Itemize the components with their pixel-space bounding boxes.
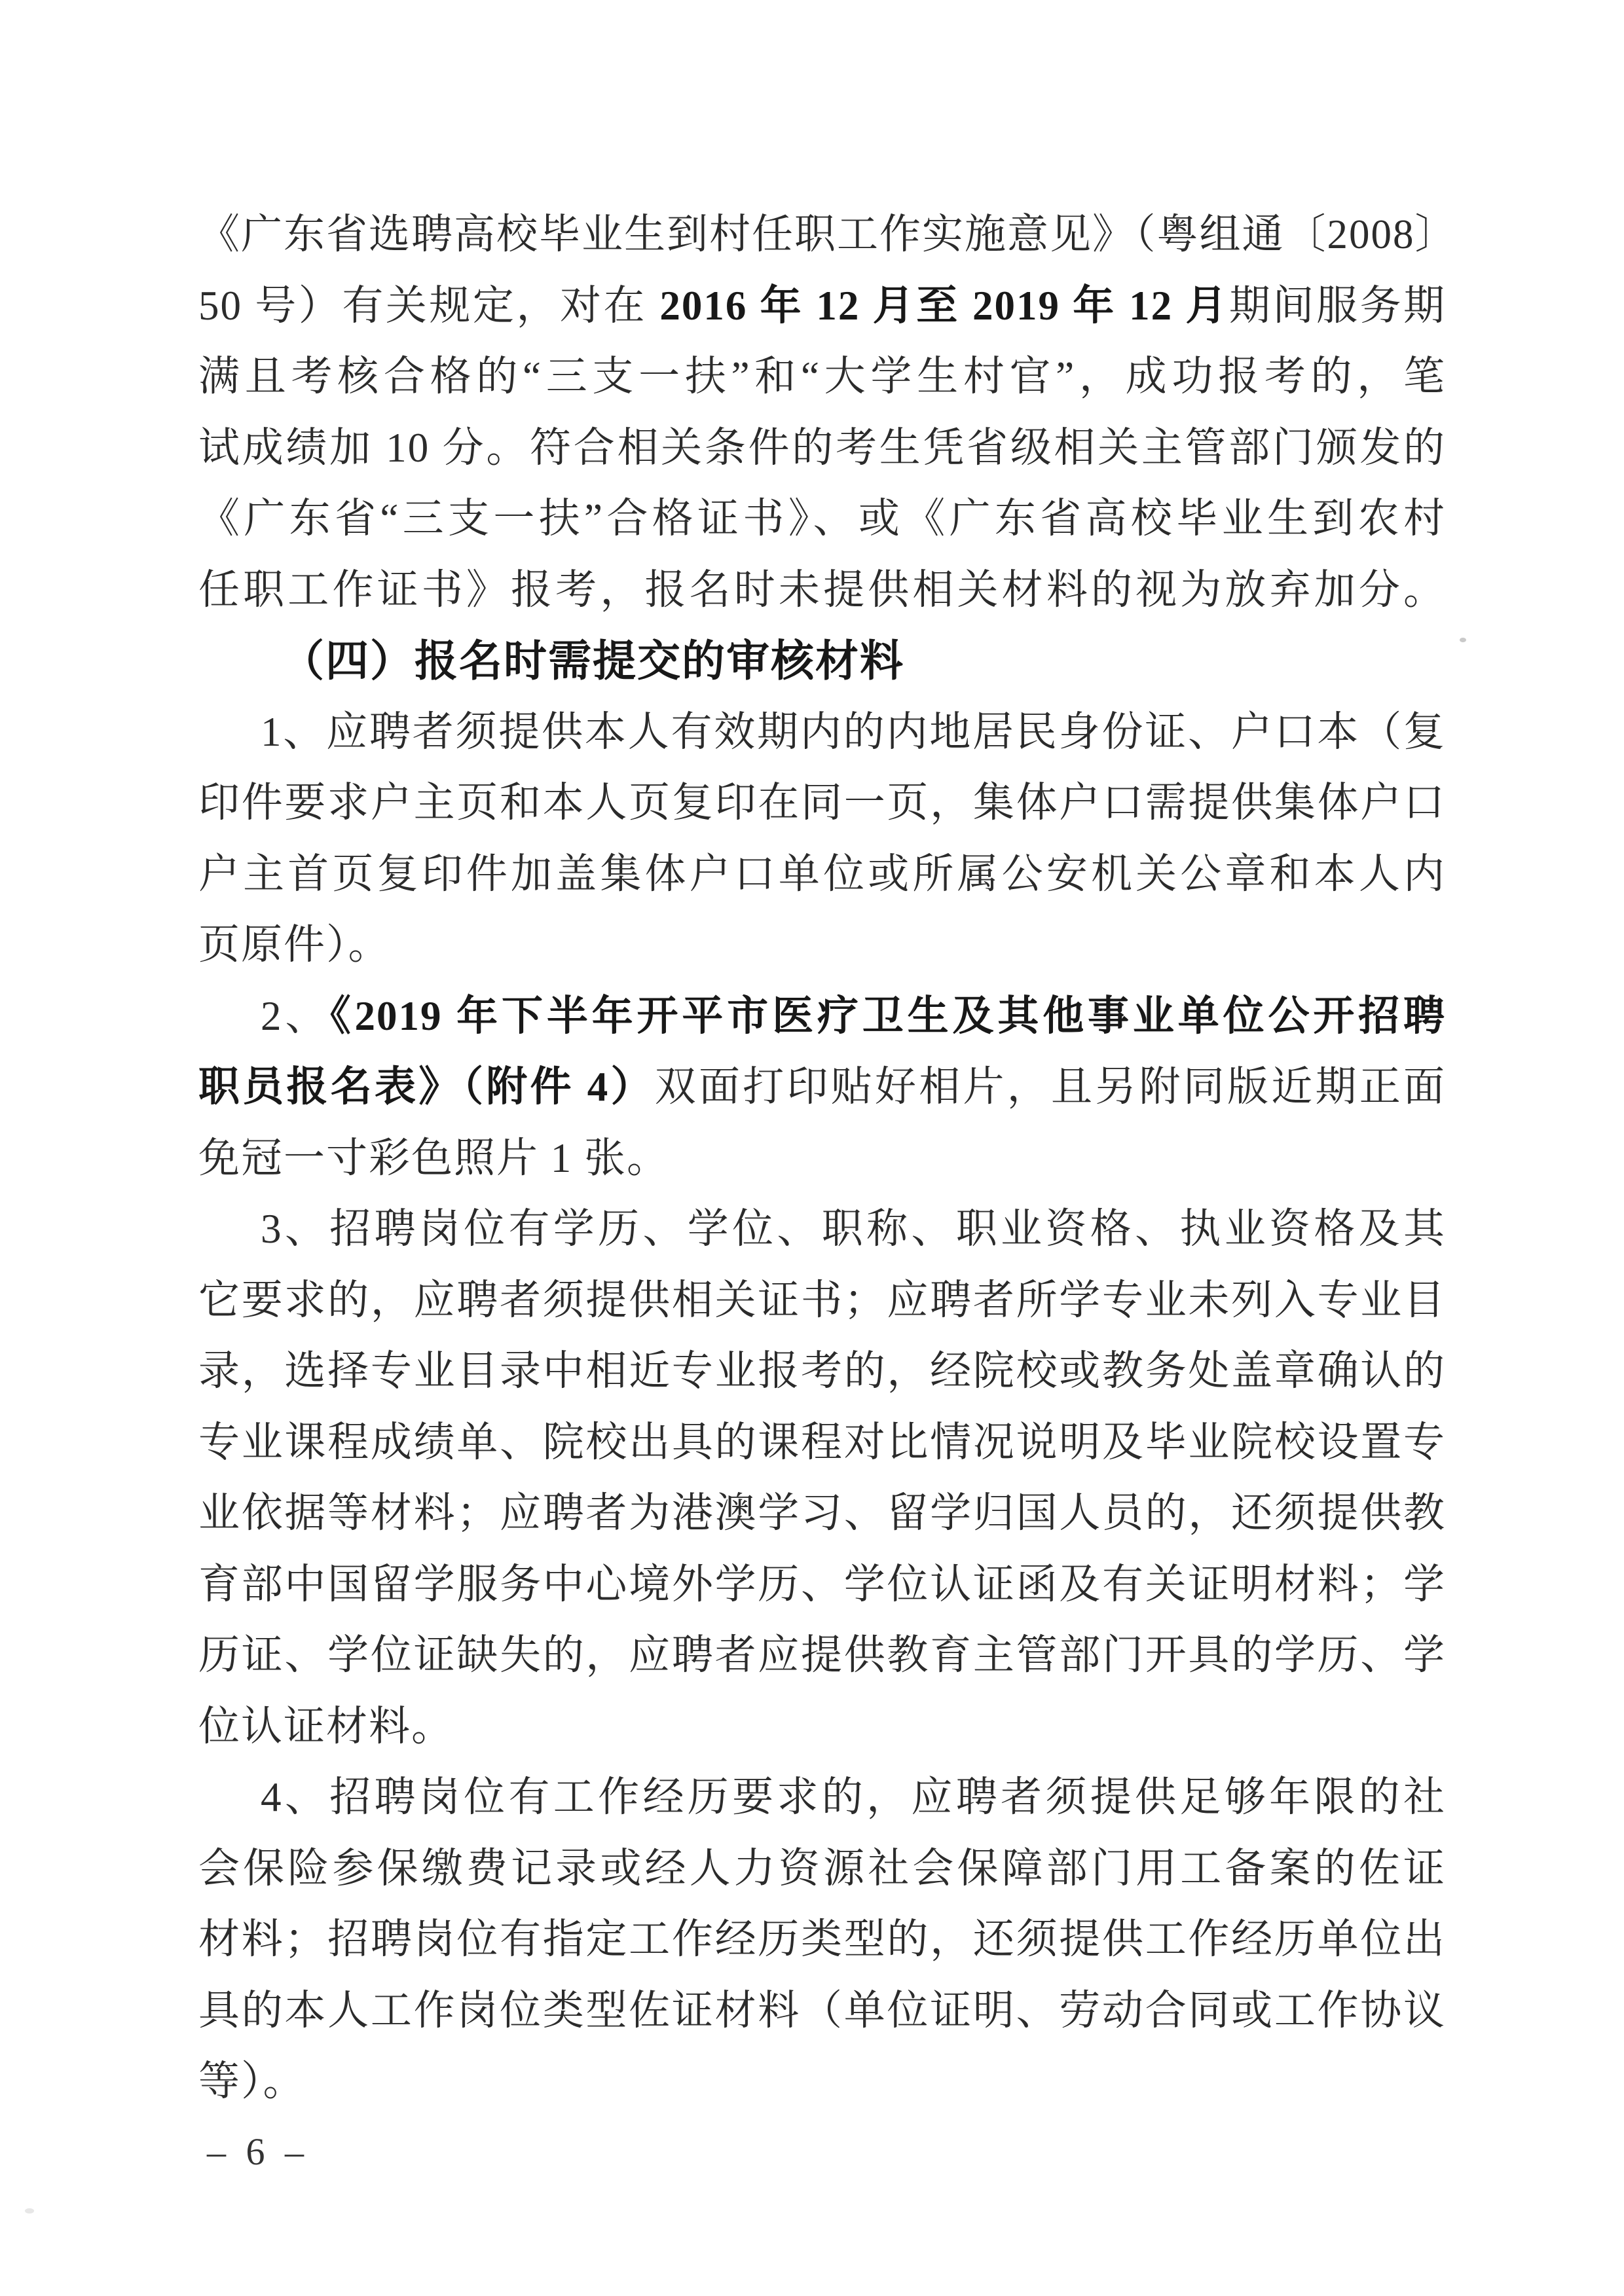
text-line: 任职工作证书》报考，报名时未提供相关材料的视为放弃加分。	[198, 555, 1446, 626]
body-text: 试成绩加 10 分。符合相关条件的考生凭省级相关主管部门颁发的	[198, 425, 1446, 471]
scan-speck	[25, 2208, 34, 2214]
text-line: 录，选择专业目录中相近专业报考的，经院校或教务处盖章确认的	[198, 1336, 1446, 1407]
emphasized-text: 职员报名表》（附件 4）	[198, 1064, 655, 1110]
text-line: 《广东省选聘高校毕业生到村任职工作实施意见》（粤组通〔2008〕	[198, 199, 1446, 270]
body-text: 专业课程成绩单、院校出具的课程对比情况说明及毕业院校设置专	[198, 1419, 1446, 1465]
body-text: 任职工作证书》报考，报名时未提供相关材料的视为放弃加分。	[198, 567, 1446, 613]
text-line: 位认证材料。	[198, 1691, 1446, 1762]
body-text: 历证、学位证缺失的，应聘者应提供教育主管部门开具的学历、学	[198, 1632, 1446, 1678]
text-line: 3、招聘岗位有学历、学位、职称、职业资格、执业资格及其	[198, 1194, 1446, 1265]
emphasized-text: 2016 年 12 月至 2019 年 12 月	[659, 283, 1229, 329]
emphasized-text: （四）报名时需提交的审核材料	[281, 636, 904, 685]
body-text: 材料；招聘岗位有指定工作经历类型的，还须提供工作经历单位出	[198, 1916, 1446, 1962]
text-line: 印件要求户主页和本人页复印在同一页，集体户口需提供集体户口	[198, 767, 1446, 839]
text-line: 材料；招聘岗位有指定工作经历类型的，还须提供工作经历单位出	[198, 1904, 1446, 1975]
body-text: 《广东省“三支一扶”合格证书》、或《广东省高校毕业生到农村	[198, 496, 1446, 541]
body-text: 1、应聘者须提供本人有效期内的内地居民身份证、户口本（复	[261, 709, 1446, 755]
section-heading: （四）报名时需提交的审核材料	[198, 625, 1446, 697]
body-text: 具的本人工作岗位类型佐证材料（单位证明、劳动合同或工作协议	[198, 1988, 1446, 2033]
text-line: 《广东省“三支一扶”合格证书》、或《广东省高校毕业生到农村	[198, 483, 1446, 555]
body-text: 3、招聘岗位有学历、学位、职称、职业资格、执业资格及其	[261, 1206, 1446, 1252]
text-line: 历证、学位证缺失的，应聘者应提供教育主管部门开具的学历、学	[198, 1620, 1446, 1691]
body-text: 满且考核合格的“三支一扶”和“大学生村官”，成功报考的，笔	[198, 354, 1446, 399]
text-line: 会保险参保缴费记录或经人力资源社会保障部门用工备案的佐证	[198, 1833, 1446, 1904]
text-line: 免冠一寸彩色照片 1 张。	[198, 1123, 1446, 1194]
body-text: 4、招聘岗位有工作经历要求的，应聘者须提供足够年限的社	[261, 1774, 1446, 1820]
text-line: 满且考核合格的“三支一扶”和“大学生村官”，成功报考的，笔	[198, 341, 1446, 412]
text-line: 50 号）有关规定，对在 2016 年 12 月至 2019 年 12 月期间服…	[198, 270, 1446, 342]
emphasized-text: 《2019 年下半年开平市医疗卫生及其他事业单位公开招聘	[330, 993, 1446, 1039]
body-text: 等）。	[198, 2058, 306, 2104]
text-line: 户主首页复印件加盖集体户口单位或所属公安机关公章和本人内	[198, 839, 1446, 910]
body-text: 印件要求户主页和本人页复印在同一页，集体户口需提供集体户口	[198, 780, 1446, 826]
page-number: – 6 –	[207, 2129, 309, 2175]
text-line: 具的本人工作岗位类型佐证材料（单位证明、劳动合同或工作协议	[198, 1975, 1446, 2047]
text-line: 页原件）。	[198, 909, 1446, 981]
body-text: 它要求的，应聘者须提供相关证书；应聘者所学专业未列入专业目	[198, 1277, 1446, 1323]
body-text: 位认证材料。	[198, 1704, 454, 1749]
body-text: 期间服务期	[1229, 283, 1446, 329]
text-line: 1、应聘者须提供本人有效期内的内地居民身份证、户口本（复	[198, 697, 1446, 768]
body-text: 户主首页复印件加盖集体户口单位或所属公安机关公章和本人内	[198, 851, 1446, 897]
body-text: 2、	[261, 993, 330, 1039]
body-text: 育部中国留学服务中心境外学历、学位认证函及有关证明材料；学	[198, 1561, 1446, 1607]
text-line: 2、《2019 年下半年开平市医疗卫生及其他事业单位公开招聘	[198, 981, 1446, 1052]
document-body: 《广东省选聘高校毕业生到村任职工作实施意见》（粤组通〔2008〕50 号）有关规…	[198, 199, 1446, 2117]
document-page: 《广东省选聘高校毕业生到村任职工作实施意见》（粤组通〔2008〕50 号）有关规…	[0, 0, 1624, 2296]
body-text: 《广东省选聘高校毕业生到村任职工作实施意见》（粤组通〔2008〕	[198, 211, 1458, 257]
body-text: 双面打印贴好相片，且另附同版近期正面	[655, 1064, 1446, 1110]
body-text: 50 号）有关规定，对在	[198, 283, 659, 329]
body-text: 录，选择专业目录中相近专业报考的，经院校或教务处盖章确认的	[198, 1348, 1446, 1394]
body-text: 会保险参保缴费记录或经人力资源社会保障部门用工备案的佐证	[198, 1846, 1446, 1891]
body-text: 页原件）。	[198, 922, 391, 968]
text-line: 职员报名表》（附件 4）双面打印贴好相片，且另附同版近期正面	[198, 1051, 1446, 1123]
body-text: 免冠一寸彩色照片 1 张。	[198, 1135, 669, 1181]
text-line: 它要求的，应聘者须提供相关证书；应聘者所学专业未列入专业目	[198, 1265, 1446, 1336]
text-line: 业依据等材料；应聘者为港澳学习、留学归国人员的，还须提供教	[198, 1478, 1446, 1549]
scan-speck	[1460, 638, 1466, 642]
text-line: 试成绩加 10 分。符合相关条件的考生凭省级相关主管部门颁发的	[198, 412, 1446, 484]
text-line: 专业课程成绩单、院校出具的课程对比情况说明及毕业院校设置专	[198, 1407, 1446, 1478]
text-line: 4、招聘岗位有工作经历要求的，应聘者须提供足够年限的社	[198, 1762, 1446, 1833]
text-line: 育部中国留学服务中心境外学历、学位认证函及有关证明材料；学	[198, 1549, 1446, 1620]
text-line: 等）。	[198, 2046, 1446, 2117]
body-text: 业依据等材料；应聘者为港澳学习、留学归国人员的，还须提供教	[198, 1490, 1446, 1536]
